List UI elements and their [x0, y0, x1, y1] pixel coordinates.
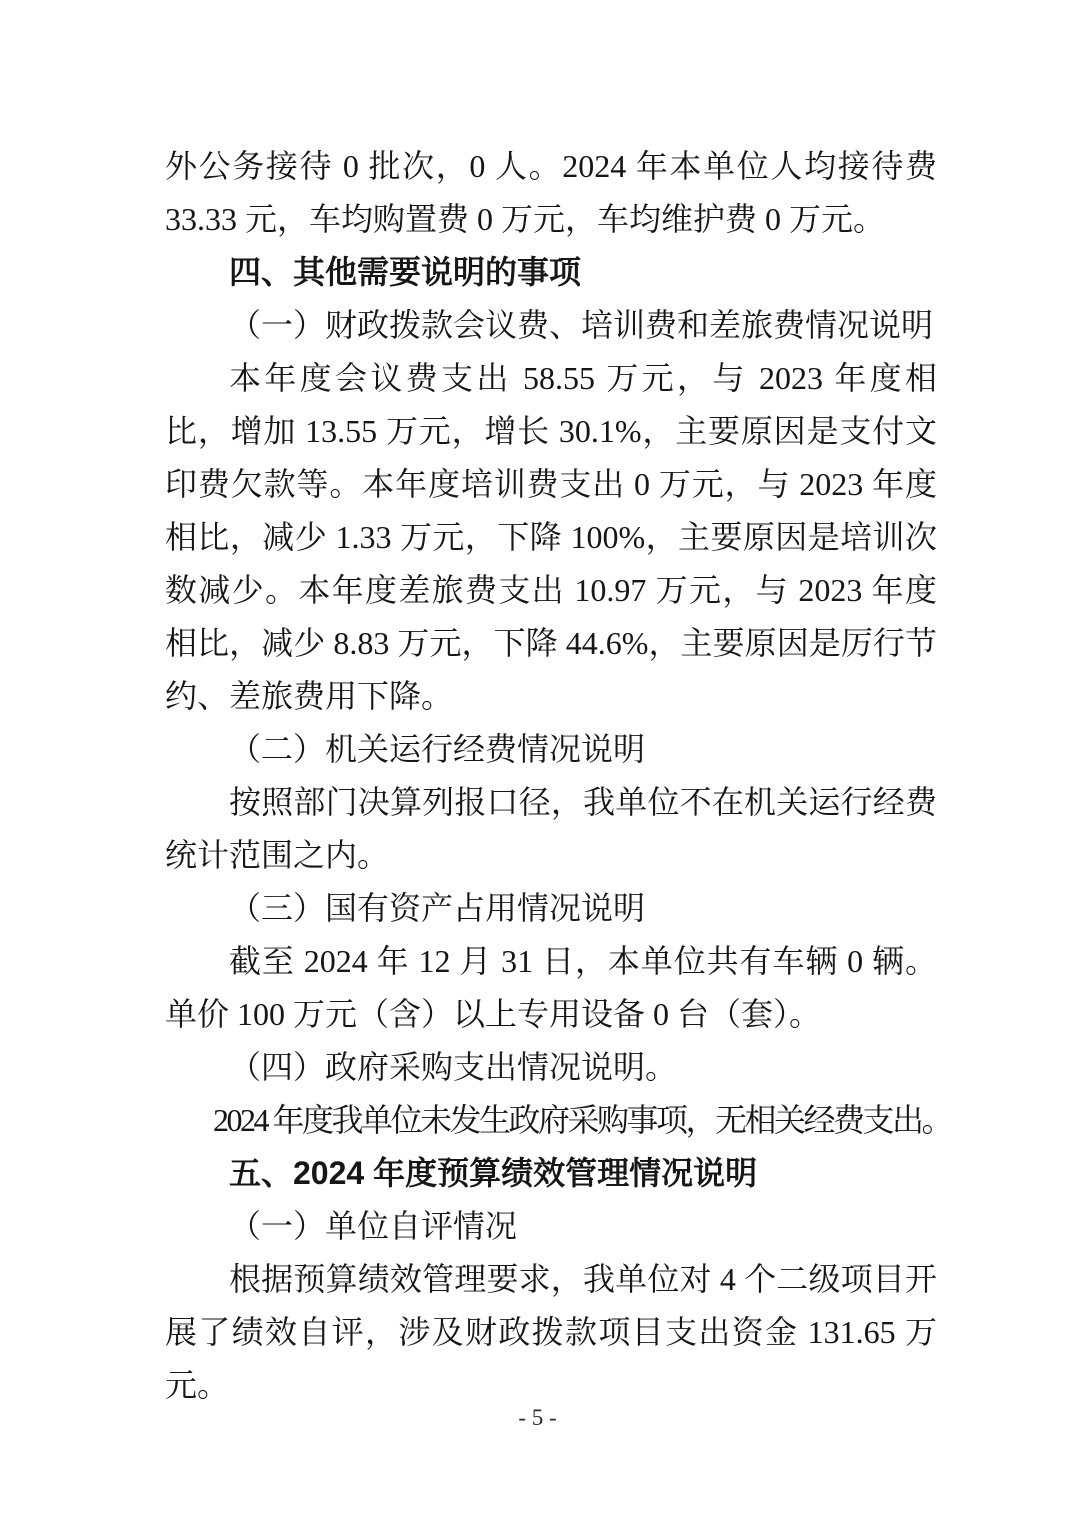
section-heading-5-budget-performance: 五、2024 年度预算绩效管理情况说明: [165, 1147, 937, 1200]
subsection-heading-4-3-state-assets: （三）国有资产占用情况说明: [165, 882, 937, 935]
section-heading-4-other-matters: 四、其他需要说明的事项: [165, 246, 937, 299]
document-body: 外公务接待 0 批次，0 人。2024 年本单位人均接待费 33.33 元，车均…: [165, 140, 937, 1412]
subsection-heading-4-4-government-procurement: （四）政府采购支出情况说明。: [165, 1041, 937, 1094]
paragraph-self-evaluation-detail: 根据预算绩效管理要求，我单位对 4 个二级项目开展了绩效自评，涉及财政拨款项目支…: [165, 1253, 937, 1412]
document-page: 外公务接待 0 批次，0 人。2024 年本单位人均接待费 33.33 元，车均…: [0, 0, 1075, 1520]
paragraph-government-procurement-detail: 2024 年度我单位未发生政府采购事项，无相关经费支出。: [165, 1094, 937, 1147]
subsection-heading-4-2-operating-expenses: （二）机关运行经费情况说明: [165, 723, 937, 776]
subsection-heading-4-1-meeting-training-travel: （一）财政拨款会议费、培训费和差旅费情况说明: [165, 299, 937, 352]
paragraph-reception-fees: 外公务接待 0 批次，0 人。2024 年本单位人均接待费 33.33 元，车均…: [165, 140, 937, 246]
page-number: - 5 -: [0, 1402, 1075, 1434]
paragraph-operating-expenses-detail: 按照部门决算列报口径，我单位不在机关运行经费统计范围之内。: [165, 776, 937, 882]
paragraph-state-assets-detail: 截至 2024 年 12 月 31 日，本单位共有车辆 0 辆。单价 100 万…: [165, 935, 937, 1041]
paragraph-meeting-training-travel-detail: 本年度会议费支出 58.55 万元，与 2023 年度相比，增加 13.55 万…: [165, 352, 937, 723]
subsection-heading-5-1-self-evaluation: （一）单位自评情况: [165, 1200, 937, 1253]
